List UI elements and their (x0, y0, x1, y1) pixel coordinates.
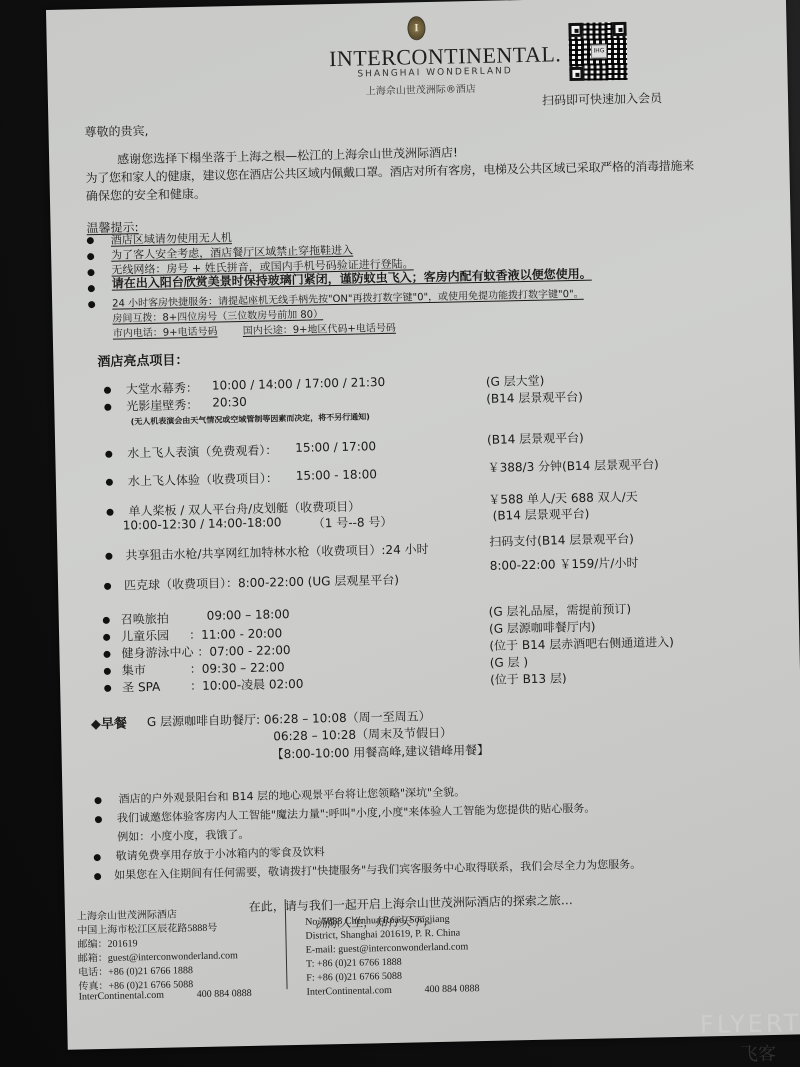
bullet-icon (106, 479, 113, 486)
highlight-payment-location: 扫码支付(B14 层景观平台) (489, 530, 634, 550)
footer-hotline-en: 400 884 0888 (424, 983, 479, 995)
note-example: 例如：小度小度，我饿了。 (117, 826, 249, 845)
local-call-info: 市内电话：9+电话号码 (113, 322, 218, 339)
highlight-name: 水上飞人体验（收费项目）： (128, 469, 278, 489)
footer-fax-en: F: +86 (0)21 6766 5088 (306, 971, 402, 984)
brand-subtitle: SHANGHAI WONDERLAND (357, 66, 513, 79)
highlight-time: 15:00 / 17:00 (295, 439, 376, 455)
health-paragraph-end: 确保您的安全和健康。 (86, 185, 206, 205)
highlight-extra: （1 号--8 号） (313, 513, 393, 532)
facility-name: 健身游泳中心 (121, 643, 193, 662)
flyert-watermark-cn: 飞客 (740, 1040, 776, 1066)
footer-hotline-cn: 400 884 0888 (197, 988, 252, 1000)
facility-location: (位于 B13 层) (490, 669, 567, 688)
bullet-icon (87, 269, 94, 276)
facility-name: 圣 SPA (122, 678, 160, 696)
bullet-icon (103, 617, 110, 624)
brand-chinese-name: 上海佘山世茂洲际®酒店 (366, 80, 476, 97)
qr-finder-icon (569, 67, 583, 81)
bullet-icon (87, 253, 94, 260)
facility-time: ：07:00 - 22:00 (197, 641, 290, 660)
bullet-icon (104, 387, 111, 394)
highlight-time: 10:00-12:30 / 14:00-18:00 (123, 515, 282, 532)
qr-caption: 扫码即可快速加入会员 (542, 89, 662, 109)
highlight-location: (B14 层景观平台) (493, 505, 590, 524)
long-distance-info: 国内长途：9+地区代码+电话号码 (243, 319, 396, 337)
bullet-icon (105, 553, 112, 560)
bullet-icon (94, 797, 101, 804)
qr-finder-icon (612, 22, 626, 36)
highlight-time: 10:00 / 14:00 / 17:00 / 21:30 (212, 375, 386, 393)
bullet-icon (95, 816, 102, 823)
closing-line: 在此，请与我们一起开启上海佘山世茂洲际酒店的探索之旅… (249, 891, 573, 915)
facility-name: 儿童乐园 (121, 627, 169, 645)
facility-location: (位于 B14 层赤酒吧右侧通道进入) (489, 633, 674, 654)
footer-website-cn[interactable]: InterContinental.com (79, 990, 164, 1003)
bullet-icon (87, 237, 94, 244)
bullet-icon (94, 873, 101, 880)
bullet-icon (103, 634, 110, 641)
bullet-icon (106, 509, 113, 516)
facility-name: 集市 (122, 661, 146, 678)
bullet-icon (88, 301, 95, 308)
footer-address-en-2: District, Shanghai 201619, P. R. China (305, 928, 460, 942)
bullet-icon (104, 583, 111, 590)
footer-email-en[interactable]: E-mail: guest@interconwonderland.com (306, 941, 469, 955)
facility-time: ：09:30 – 22:00 (190, 658, 285, 677)
footer-website-en[interactable]: InterContinental.com (307, 985, 392, 998)
highlight-name: 光影崖壁秀： (126, 396, 198, 415)
highlight-name: 匹克球（收费项目）：8:00-22:00 (UG 层观星平台) (124, 571, 399, 594)
highlight-time: 15:00 - 18:00 (296, 467, 377, 483)
bullet-icon (88, 285, 95, 292)
breakfast-peak-note: 【8:00-10:00 用餐高峰,建议错峰用餐】 (271, 741, 489, 763)
highlights-title: 酒店亮点项目： (97, 349, 188, 370)
salutation: 尊敬的贵宾, (84, 122, 148, 140)
facility-time: 09:00 – 18:00 (207, 607, 290, 623)
bullet-icon (104, 404, 111, 411)
highlight-price-location: ￥388/3 分钟(B14 层景观平台) (487, 455, 658, 476)
highlight-name: 大堂水幕秀： (126, 379, 198, 398)
highlight-name: 水上飞人表演（免费观看）： (127, 441, 277, 461)
drone-show-note: (无人机表演会由天气情况或空域管制等因素而决定，将不另行通知) (131, 411, 370, 427)
highlight-price: 8:00-22:00 ￥159/片/小时 (490, 554, 639, 574)
footer-address-cn: 中国上海市松江区辰花路5888号 (77, 919, 217, 937)
intercontinental-emblem-icon: I (407, 16, 425, 40)
qr-center-logo: IHG (591, 44, 607, 58)
highlight-location: (B14 层景观平台) (486, 388, 583, 407)
bullet-icon (94, 854, 101, 861)
flyert-watermark: FLYERT (700, 1009, 800, 1039)
qr-finder-icon (568, 23, 582, 37)
facility-time: ：10:00-凌晨 02:00 (190, 675, 304, 694)
facility-location: (G 层 ) (490, 653, 529, 671)
highlight-time: 20:30 (212, 395, 247, 410)
bullet-icon (103, 651, 110, 658)
hotel-welcome-letter: I INTERCONTINENTAL. SHANGHAI WONDERLAND … (46, 0, 800, 1050)
membership-qr-code-icon[interactable]: IHG (568, 22, 627, 81)
facility-time: ：11:00 - 20:00 (189, 624, 282, 643)
bullet-icon (105, 451, 112, 458)
bullet-icon (104, 668, 111, 675)
facility-name: 召唤旅拍 (121, 610, 169, 628)
highlight-name: 共享狙击水枪/共享网红加特林水枪（收费项目）:24 小时 (125, 540, 428, 563)
bullet-icon (104, 685, 111, 692)
footer-tel-en: T: +86 (0)21 6766 1888 (306, 957, 402, 970)
highlight-location: (G 层大堂) (486, 372, 545, 390)
note-item: 敬请免费享用存放于小冰箱内的零食及饮料 (116, 843, 325, 863)
facility-location: (G 层礼品屋，需提前预订) (489, 600, 632, 620)
highlight-location: (B14 层景观平台) (487, 429, 584, 448)
breakfast-label: ◆早餐 (91, 712, 127, 732)
